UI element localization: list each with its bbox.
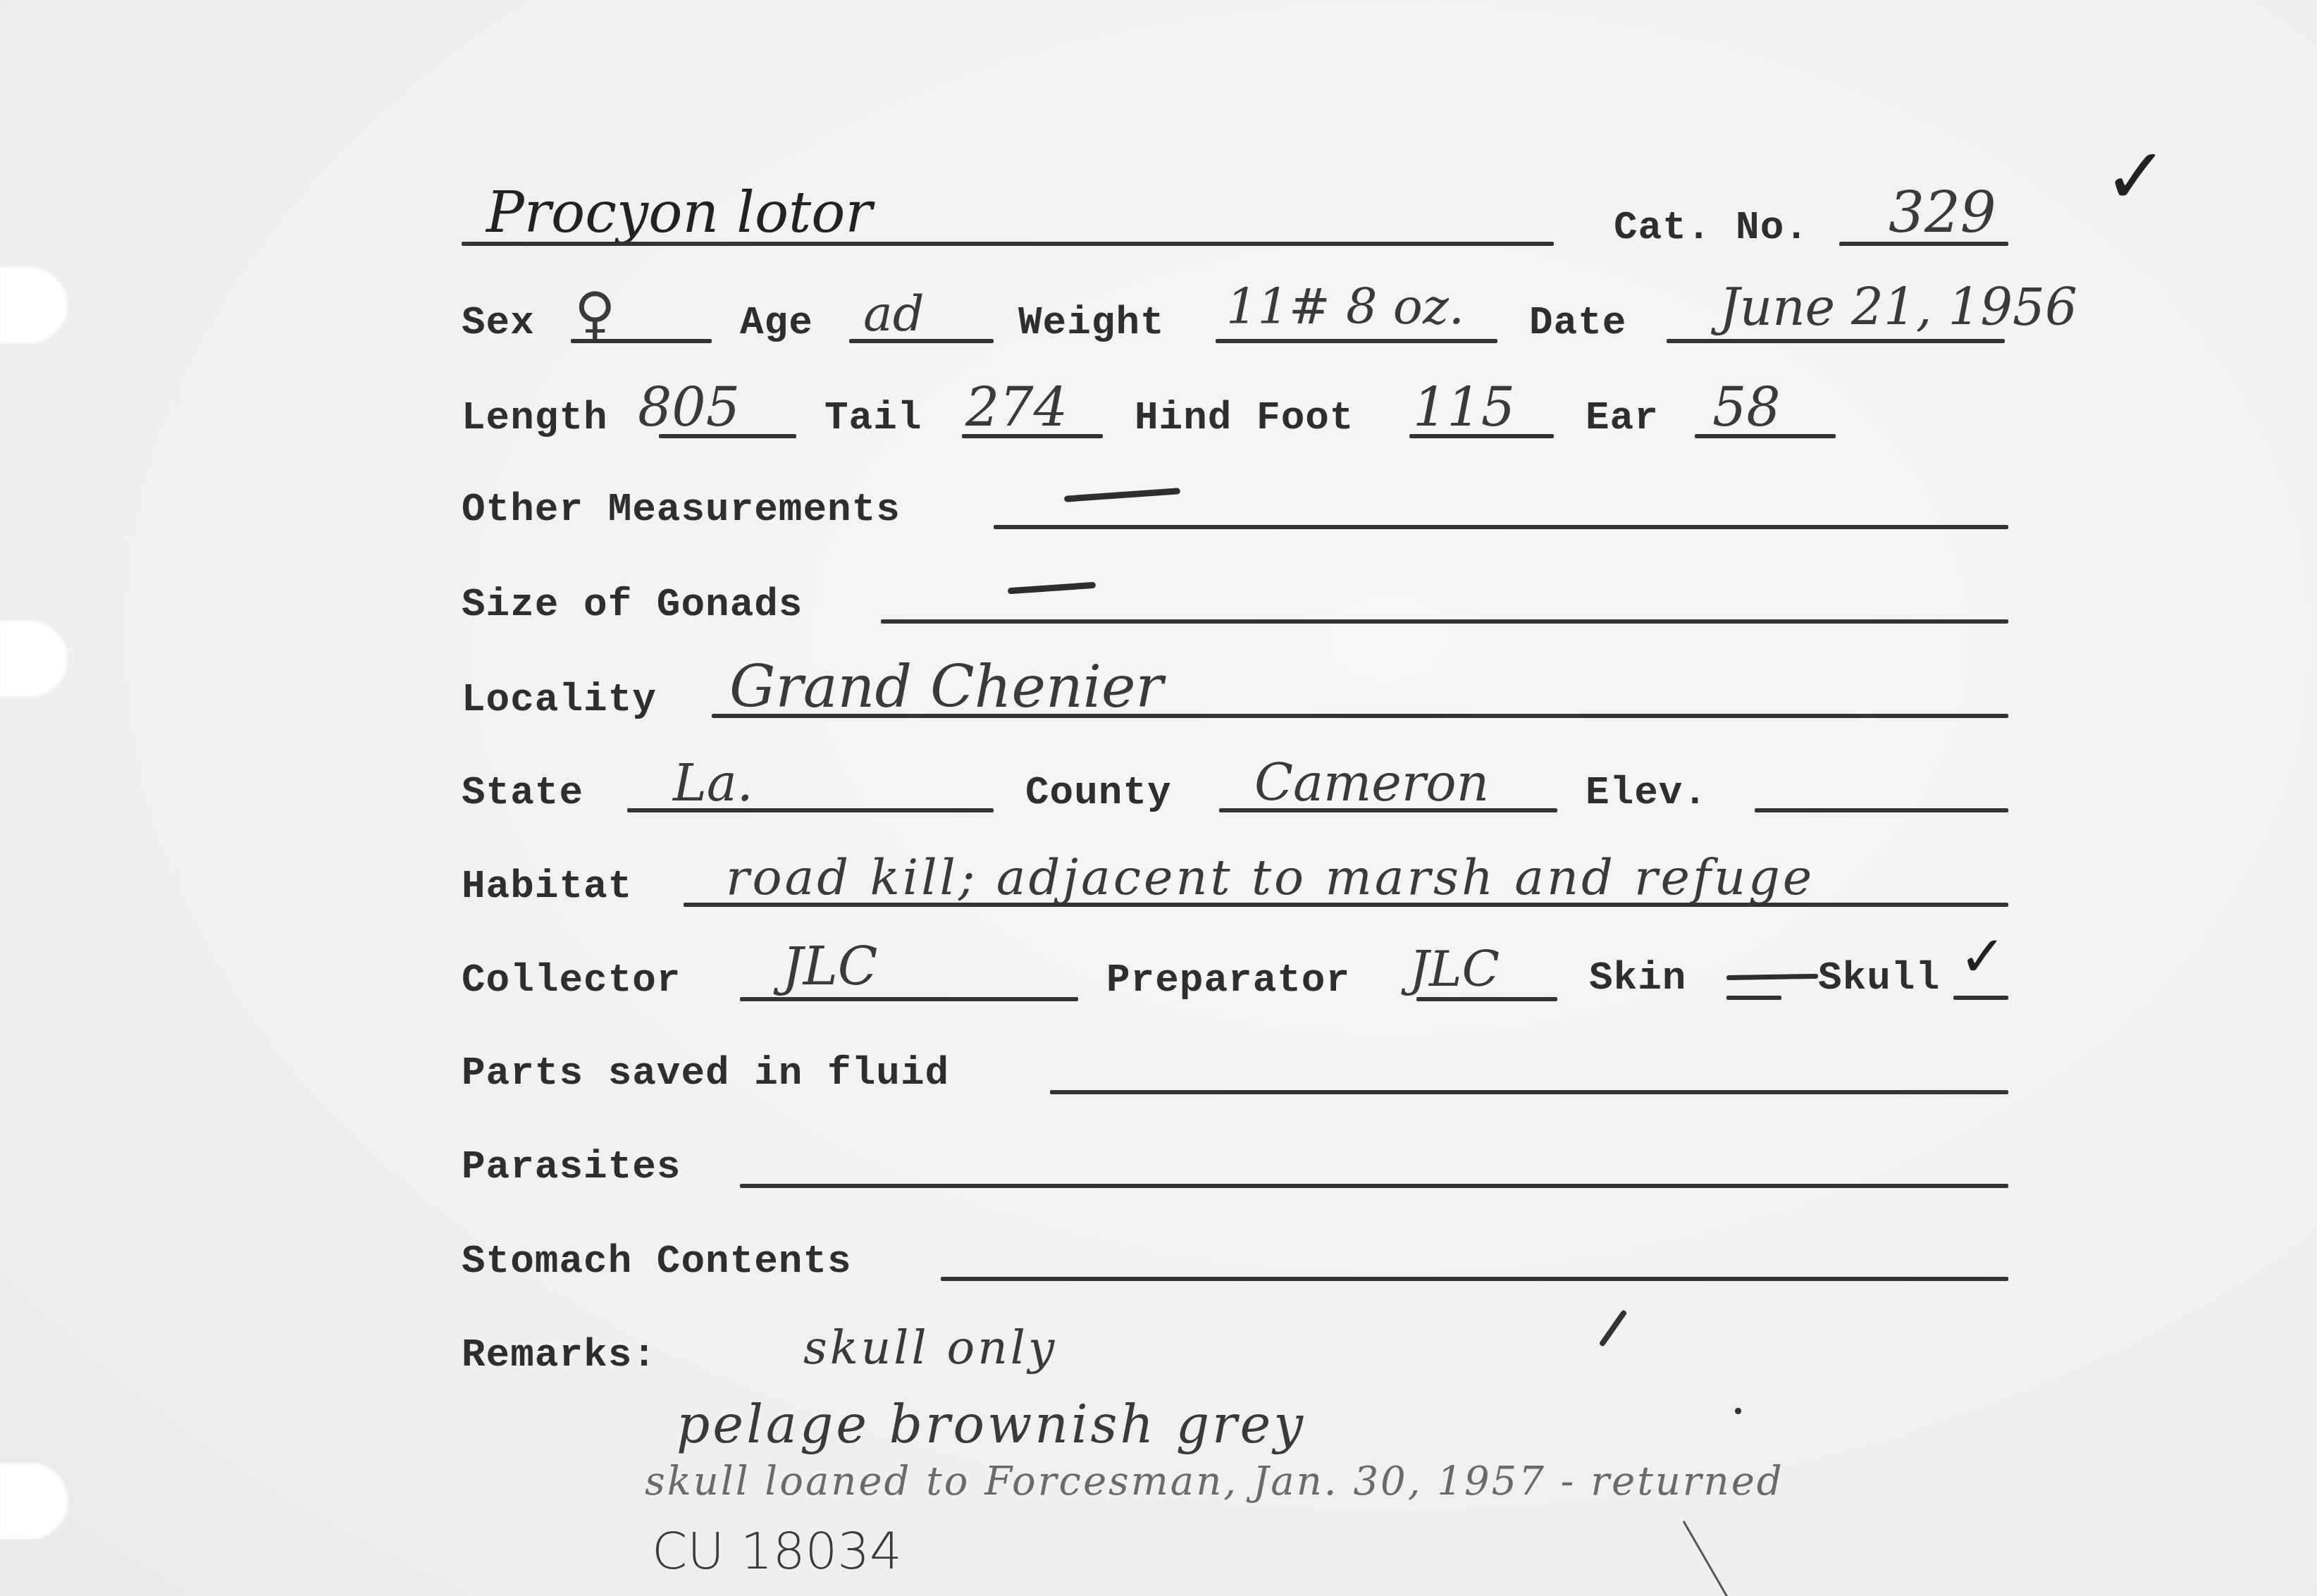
collector-label: Collector xyxy=(462,960,681,1000)
preparator-line xyxy=(1416,997,1557,1001)
habitat-line xyxy=(684,903,2008,907)
other-measurements-label: Other Measurements xyxy=(462,490,901,529)
gonads-label: Size of Gonads xyxy=(462,585,803,624)
tail-label: Tail xyxy=(824,398,922,438)
locality-value: Grand Chenier xyxy=(729,659,1163,717)
skull-label: Skull xyxy=(1818,958,1940,998)
elev-label: Elev. xyxy=(1586,773,1707,812)
age-label: Age xyxy=(740,303,813,342)
county-line xyxy=(1219,808,1557,812)
parts-fluid-line xyxy=(1050,1090,2008,1094)
remarks-line-4: CU 18034 xyxy=(652,1526,902,1576)
gonads-line xyxy=(881,619,2008,624)
county-value: Cameron xyxy=(1254,757,1489,808)
remarks-line-3: skull loaned to Forcesman, Jan. 30, 1957… xyxy=(645,1462,1784,1502)
habitat-label: Habitat xyxy=(462,867,632,906)
weight-line xyxy=(1216,339,1497,343)
stomach-label: Stomach Contents xyxy=(462,1242,852,1281)
hind-foot-label: Hind Foot xyxy=(1135,398,1354,438)
weight-value: 11# 8 oz. xyxy=(1226,282,1464,331)
remarks-line-2: pelage brownish grey xyxy=(676,1399,1306,1451)
collector-line xyxy=(740,997,1078,1001)
punch-hole xyxy=(0,266,70,344)
ear-line xyxy=(1695,434,1836,438)
cat-no-line xyxy=(1839,242,2008,246)
skull-check-icon: ✓ xyxy=(1959,929,2006,985)
length-label: Length xyxy=(462,398,608,438)
cat-no-label: Cat. No. xyxy=(1614,208,1809,247)
age-line xyxy=(849,339,994,343)
county-label: County xyxy=(1025,773,1172,812)
locality-line xyxy=(712,714,2008,718)
state-line xyxy=(627,808,994,812)
elev-line xyxy=(1755,808,2008,812)
stomach-line xyxy=(941,1277,2008,1281)
stray-pen-mark xyxy=(1599,1309,1628,1347)
length-value: 805 xyxy=(638,381,740,434)
hind-foot-line xyxy=(1409,434,1554,438)
locality-label: Locality xyxy=(462,680,657,719)
catalog-card: Procyon lotor Cat. No. 329 ✓ Sex ♀ Age a… xyxy=(0,0,2317,1596)
date-line xyxy=(1667,339,2005,343)
remarks-line-1: skull only xyxy=(803,1325,1057,1371)
collector-value: JLC xyxy=(782,941,877,993)
punch-hole xyxy=(0,1462,70,1540)
habitat-value: road kill; adjacent to marsh and refuge xyxy=(726,853,1815,902)
other-measurements-dash xyxy=(1064,488,1180,502)
punch-hole xyxy=(0,620,70,698)
tail-value: 274 xyxy=(965,381,1068,434)
ink-dot xyxy=(1735,1408,1741,1414)
skin-line xyxy=(1726,996,1781,1000)
sex-value: ♀ xyxy=(574,285,615,342)
parts-fluid-label: Parts saved in fluid xyxy=(462,1053,949,1093)
gonads-dash xyxy=(1008,582,1096,595)
ear-label: Ear xyxy=(1586,398,1659,438)
cat-no-value: 329 xyxy=(1889,185,1996,241)
skin-dash xyxy=(1726,974,1818,980)
weight-label: Weight xyxy=(1018,303,1165,342)
stray-pencil-mark xyxy=(1683,1521,1731,1596)
parasites-label: Parasites xyxy=(462,1147,681,1187)
preparator-value: JLC xyxy=(1409,944,1500,994)
remarks-label: Remarks: xyxy=(462,1335,657,1375)
ear-value: 58 xyxy=(1712,381,1781,434)
skin-label: Skin xyxy=(1589,958,1686,998)
sex-line xyxy=(571,339,712,343)
species-line xyxy=(462,242,1554,246)
date-label: Date xyxy=(1529,303,1626,342)
skull-line xyxy=(1953,996,2008,1000)
sex-label: Sex xyxy=(462,303,535,342)
hind-foot-value: 115 xyxy=(1413,381,1515,434)
state-label: State xyxy=(462,773,583,812)
parasites-line xyxy=(740,1184,2008,1188)
tail-line xyxy=(962,434,1103,438)
preparator-label: Preparator xyxy=(1106,960,1350,1000)
other-measurements-line xyxy=(994,525,2008,529)
date-value: June 21, 1956 xyxy=(1719,282,2077,333)
age-value: ad xyxy=(863,289,925,338)
checkmark-icon: ✓ xyxy=(2103,137,2168,215)
species-value: Procyon lotor xyxy=(486,185,872,241)
state-value: La. xyxy=(673,757,753,808)
length-line xyxy=(659,434,796,438)
